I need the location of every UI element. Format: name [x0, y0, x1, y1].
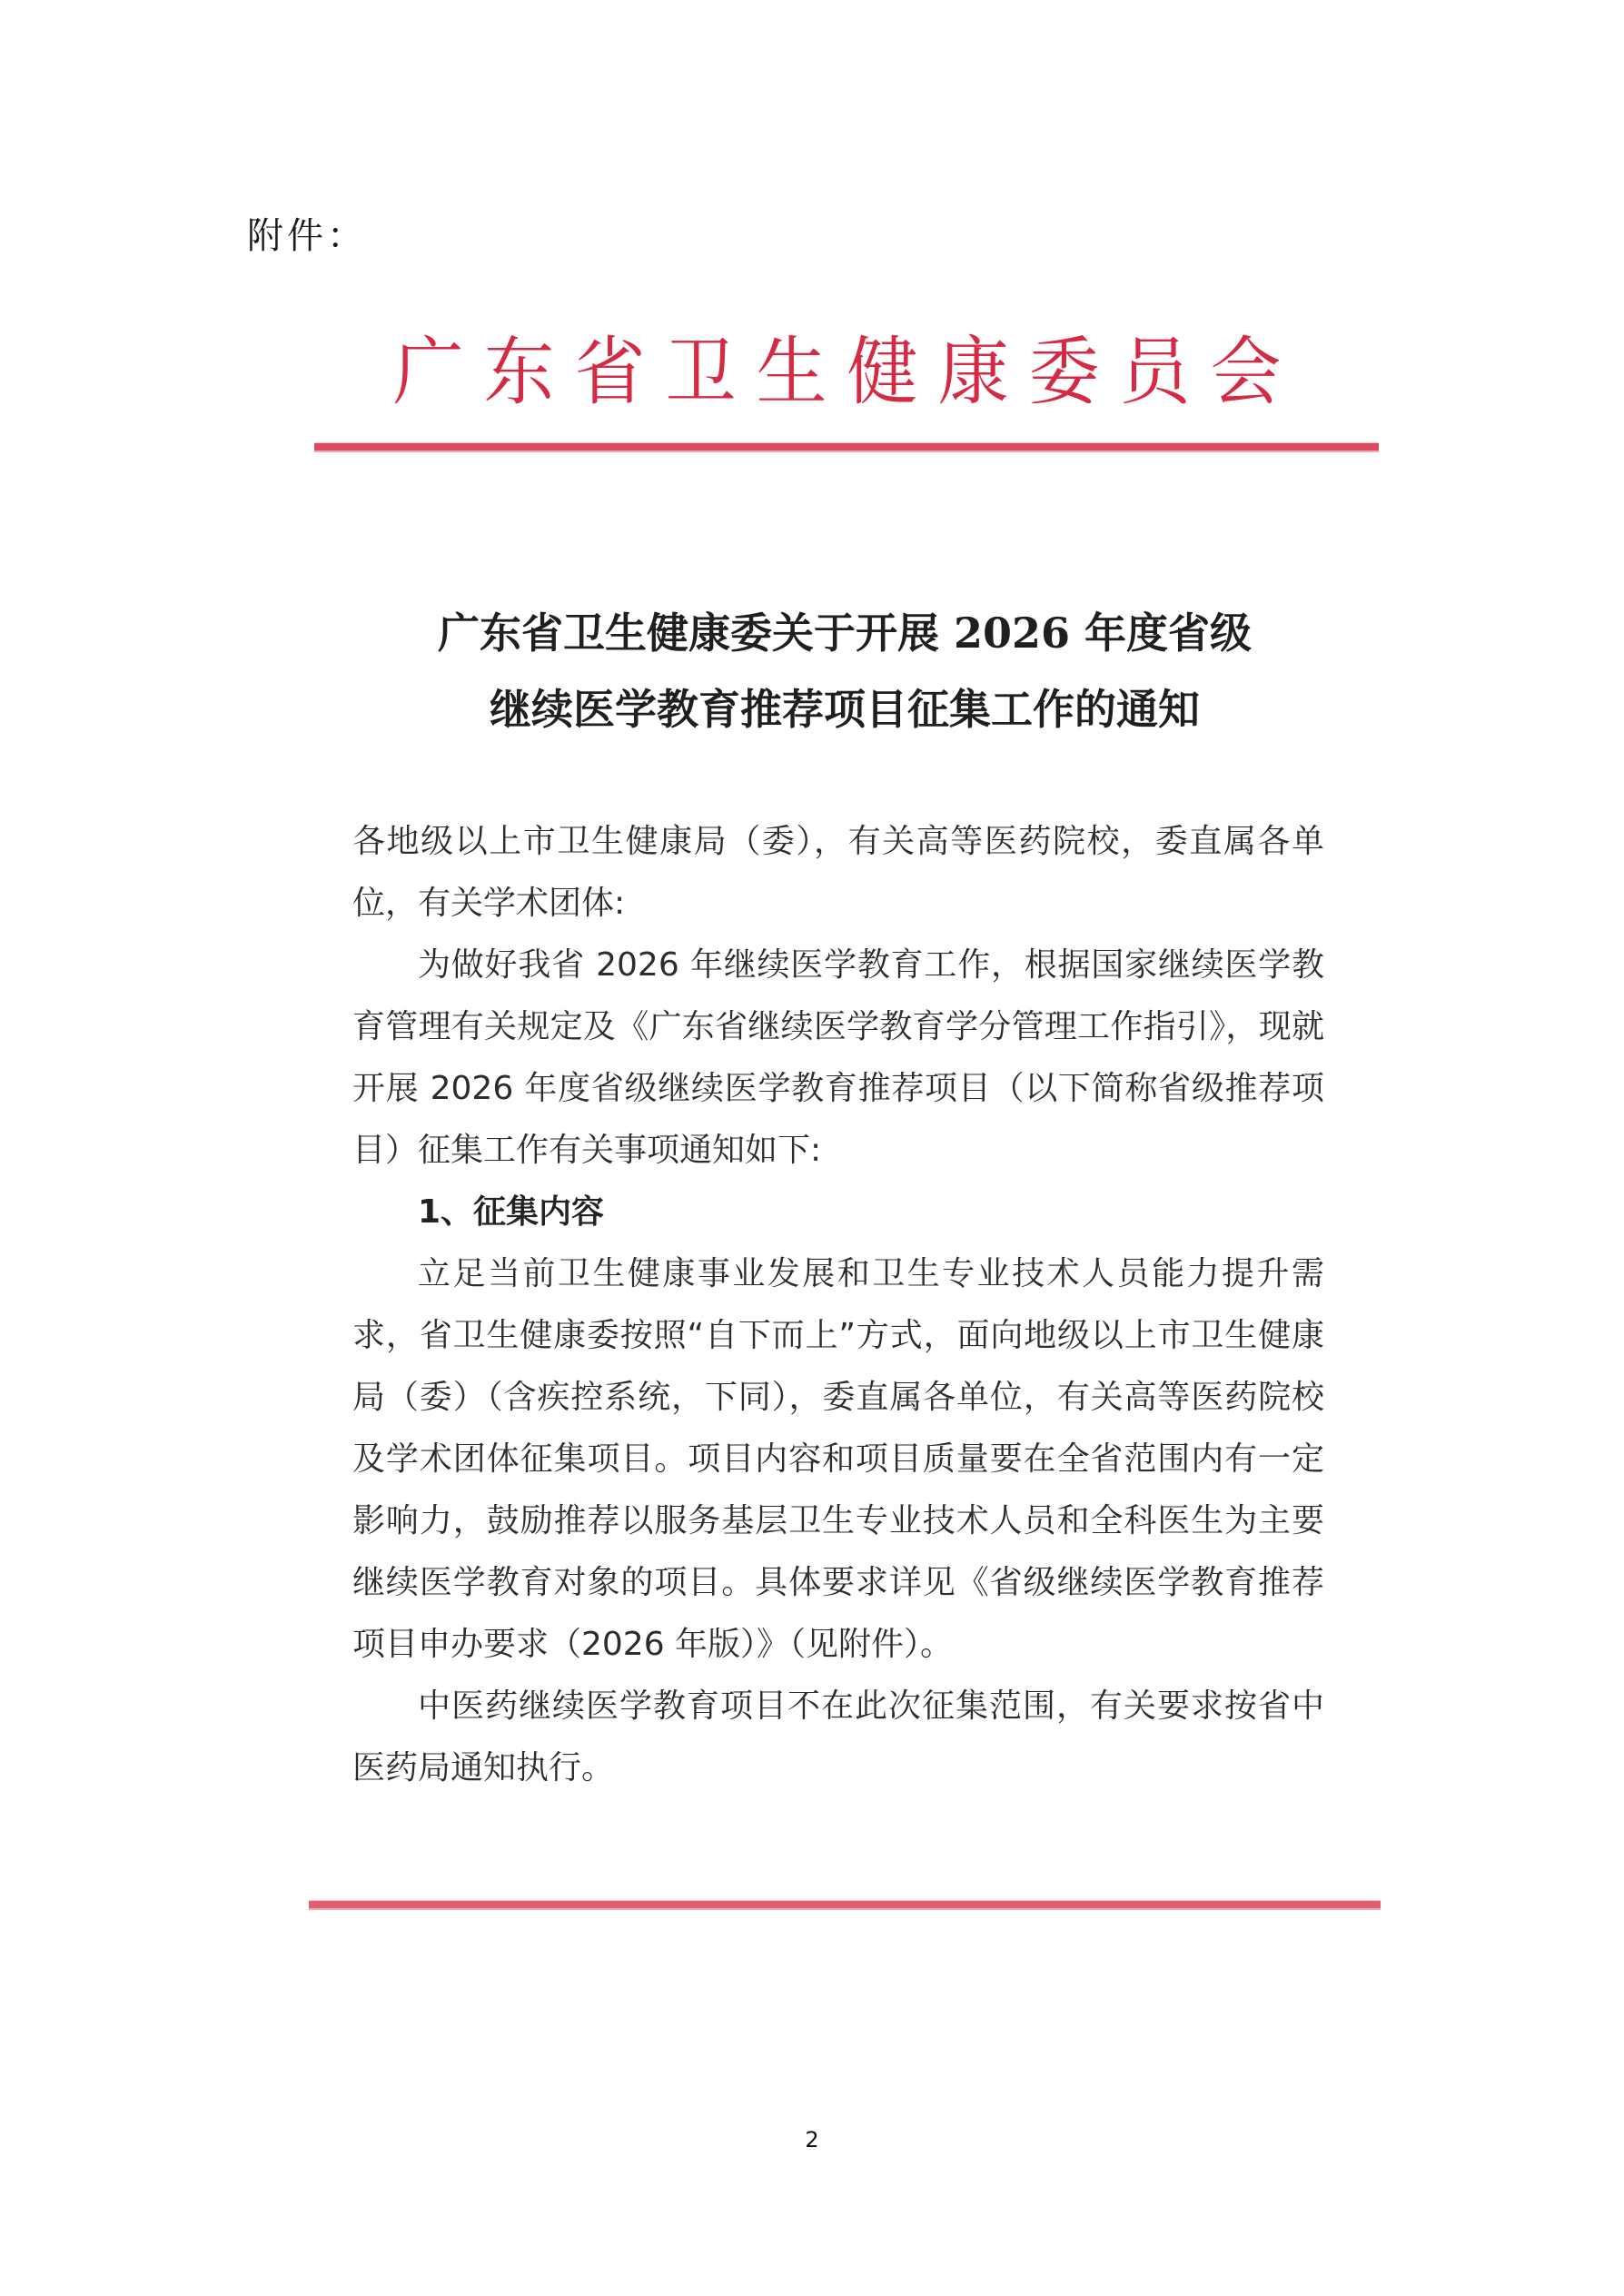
footer-red-rule — [309, 1900, 1381, 1910]
body-paragraph-intro: 为做好我省 2026 年继续医学教育工作，根据国家继续医学教育管理有关规定及《广… — [352, 935, 1324, 1182]
document-title-line-1: 广东省卫生健康委关于开展 2026 年度省级 — [363, 595, 1326, 671]
body-paragraph-tcm-note: 中医药继续医学教育项目不在此次征集范围，有关要求按省中医药局通知执行。 — [352, 1676, 1324, 1799]
letterhead-org-name: 广东省卫生健康委员会 — [313, 325, 1381, 421]
attachment-label: 附件： — [247, 207, 367, 259]
body-paragraph-content: 立足当前卫生健康事业发展和卫生专业技术人员能力提升需求，省卫生健康委按照“自下而… — [352, 1243, 1324, 1676]
letterhead-red-rule — [314, 442, 1379, 452]
page-number: 2 — [0, 2127, 1624, 2152]
document-title-line-2: 继续医学教育推荐项目征集工作的通知 — [363, 671, 1326, 747]
section-heading-collection-content: 1、征集内容 — [352, 1182, 1324, 1243]
document-title: 广东省卫生健康委关于开展 2026 年度省级 继续医学教育推荐项目征集工作的通知 — [363, 595, 1326, 747]
document-body: 各地级以上市卫生健康局（委），有关高等医药院校，委直属各单位，有关学术团体: 为… — [352, 811, 1324, 1799]
salutation: 各地级以上市卫生健康局（委），有关高等医药院校，委直属各单位，有关学术团体: — [352, 811, 1324, 935]
